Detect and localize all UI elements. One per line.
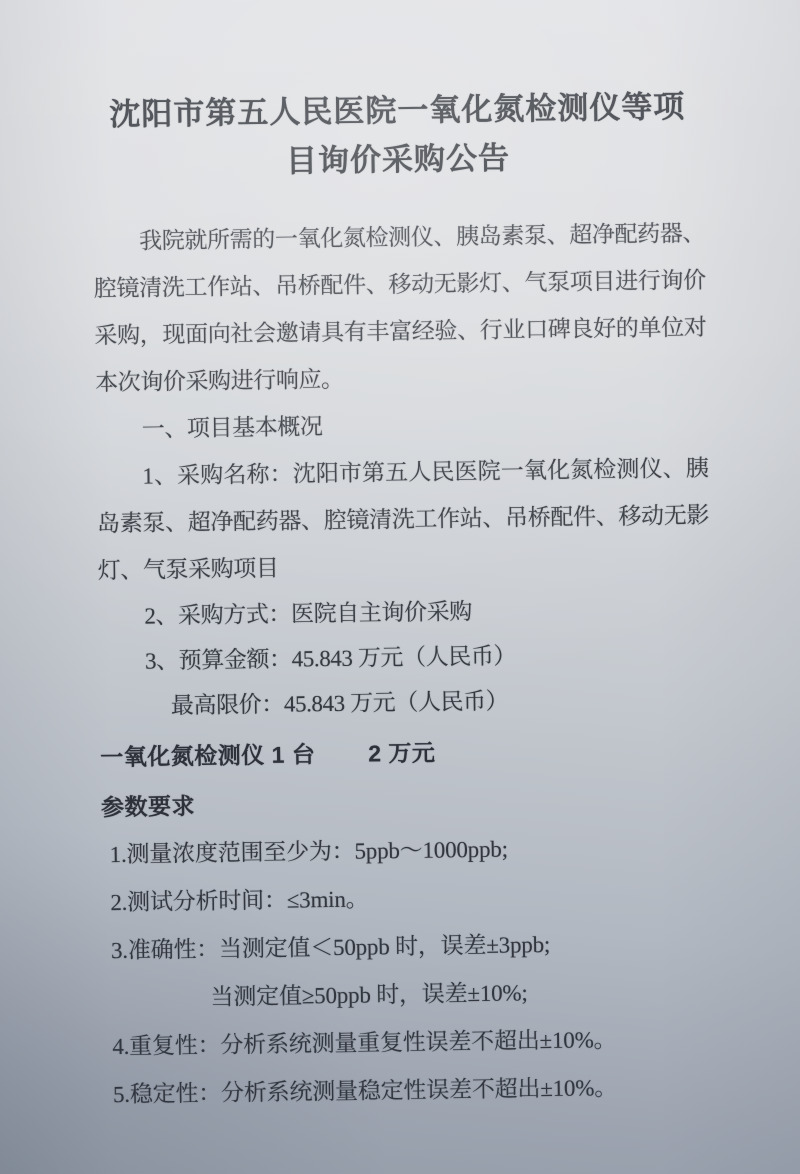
spec-repeatability: 4.重复性：分析系统测量重复性误差不超出±10%。: [112, 1015, 717, 1071]
item-purchase-name: 1、采购名称：沈阳市第五人民医院一氧化氮检测仪、胰岛素泵、超净配药器、腔镜清洗工…: [96, 445, 710, 595]
intro-paragraph: 我院就所需的一氧化氮检测仪、胰岛素泵、超净配药器、腔镜清洗工作站、吊桥配件、移动…: [93, 210, 708, 407]
params-heading: 参数要求: [101, 777, 714, 830]
equipment-line: 一氧化氮检测仪 1 台 2 万元: [100, 727, 713, 780]
title-line-1: 沈阳市第五人民医院一氧化氮检测仪等项: [91, 82, 704, 140]
paper-photo: 沈阳市第五人民医院一氧化氮检测仪等项 目询价采购公告 我院就所需的一氧化氮检测仪…: [0, 0, 800, 1174]
title-line-2: 目询价采购公告: [92, 131, 705, 189]
equipment-price: 2 万元: [368, 740, 436, 767]
document-title: 沈阳市第五人民医院一氧化氮检测仪等项 目询价采购公告: [91, 82, 704, 189]
section-heading: 一、项目基本概况: [95, 398, 708, 454]
max-price-line: 最高限价：45.843 万元（人民币）: [99, 676, 712, 730]
spec-analysis-time: 2.测试分析时间：≤3min。: [110, 871, 715, 927]
spec-list: 1.测量浓度范围至少为：5ppb～1000ppb; 2.测试分析时间：≤3min…: [101, 823, 717, 1120]
spec-accuracy-continued: 当测定值≥50ppb 时，误差±10%;: [111, 967, 716, 1023]
equipment-name: 一氧化氮检测仪 1 台: [100, 741, 315, 770]
spec-stability: 5.稳定性：分析系统测量稳定性误差不超出±10%。: [113, 1063, 718, 1119]
document-content: 沈阳市第五人民医院一氧化氮检测仪等项 目询价采购公告 我院就所需的一氧化氮检测仪…: [0, 0, 800, 1121]
spec-measure-range: 1.测量浓度范围至少为：5ppb～1000ppb;: [109, 823, 714, 879]
spec-accuracy: 3.准确性：当测定值＜50ppb 时，误差±3ppb;: [111, 919, 716, 975]
